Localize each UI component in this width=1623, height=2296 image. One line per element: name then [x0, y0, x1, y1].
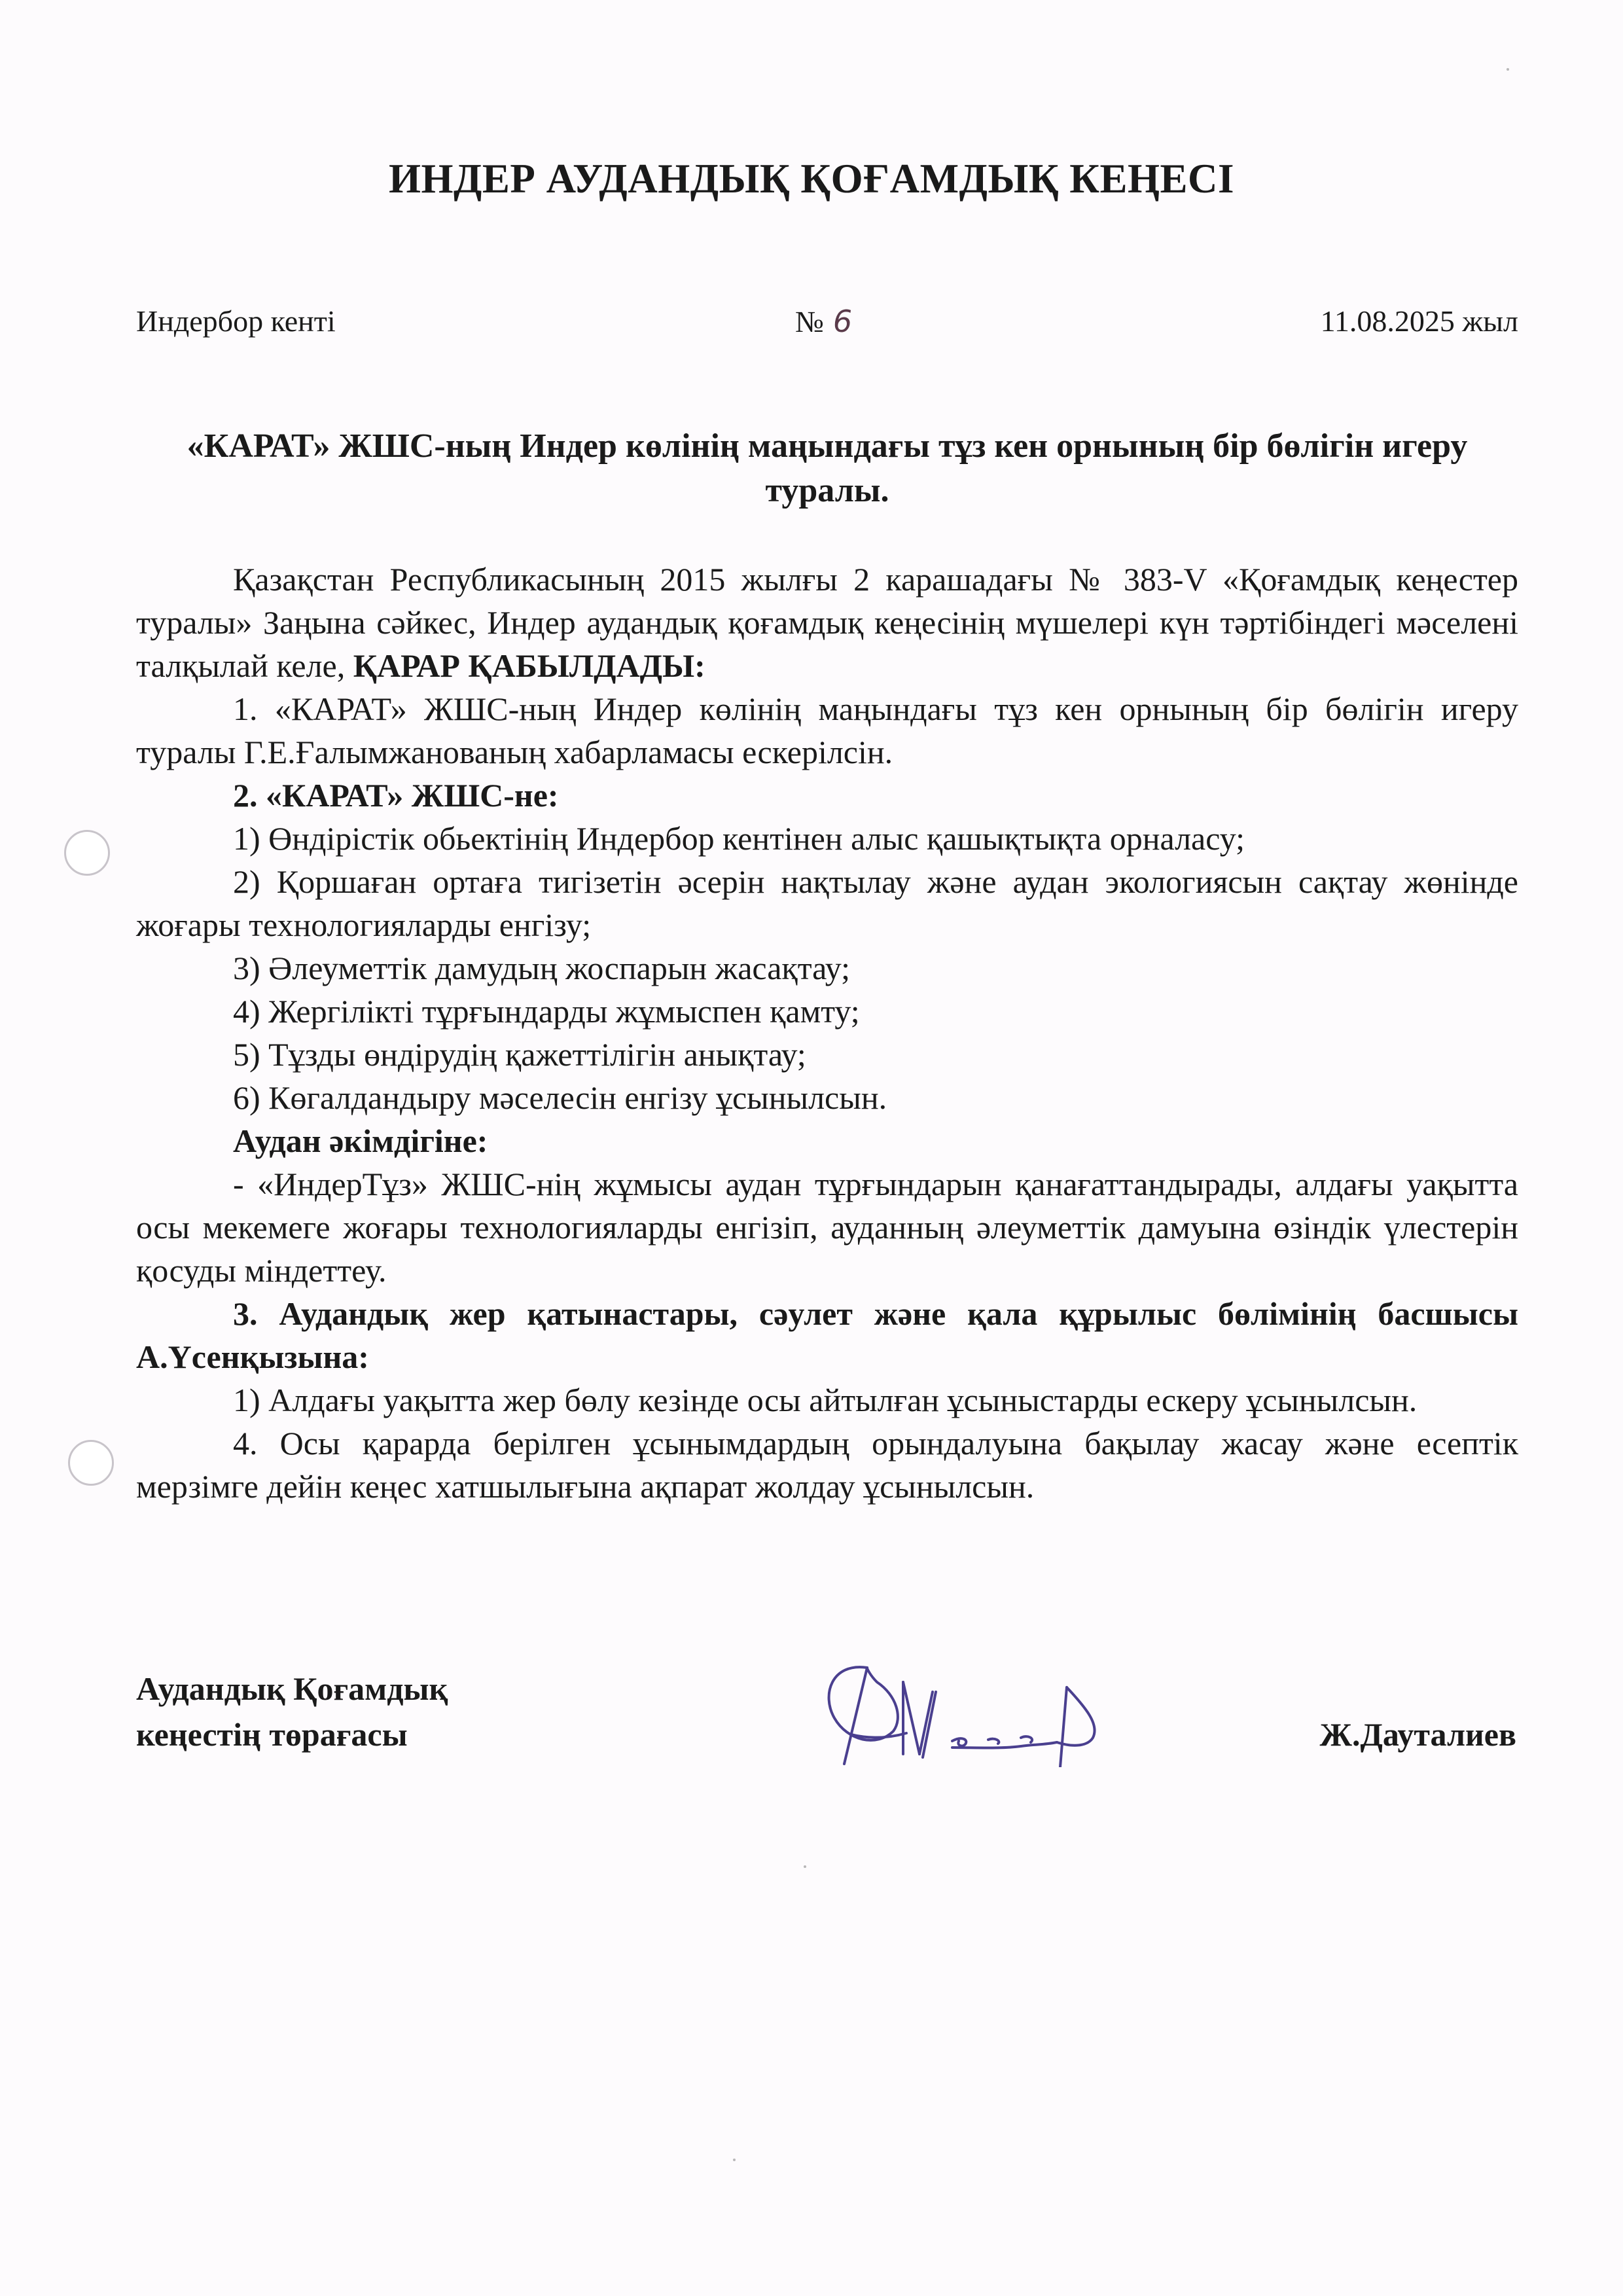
document-number: №6	[795, 306, 852, 337]
akimat-text: - «ИндерТұз» ЖШС-нің жұмысы аудан тұрғын…	[136, 1162, 1518, 1292]
item-2-subitem: 6) Көгалдандыру мәселесін енгізу ұсынылс…	[136, 1076, 1518, 1119]
signatory-name: Ж.Дауталиев	[1320, 1712, 1516, 1757]
item-3-heading: 3. Аудандық жер қатынастары, сәулет және…	[136, 1292, 1518, 1378]
item-2-subitem: 5) Тұзды өндірудің қажеттілігін анықтау;	[136, 1033, 1518, 1076]
item-2-heading: 2. «КАРАТ» ЖШС-не:	[136, 774, 1518, 817]
handwritten-number: 6	[833, 304, 852, 339]
item-2-subitem: 2) Қоршаған ортаға тигізетін әсерін нақт…	[136, 860, 1518, 946]
item-2-subitem: 1) Өндірістік обьектінің Индербор кентін…	[136, 817, 1518, 860]
item-1: 1. «КАРАТ» ЖШС-ның Индер көлінің маңында…	[136, 687, 1518, 774]
punch-hole-icon	[68, 1440, 114, 1486]
position-line-2: кеңестің төрағасы	[136, 1712, 448, 1757]
scan-speck	[733, 2159, 736, 2161]
position-line-1: Аудандық Қоғамдық	[136, 1666, 448, 1712]
signatory-position: Аудандық Қоғамдық кеңестің төрағасы	[136, 1666, 448, 1757]
scan-speck	[804, 1865, 806, 1868]
preamble-paragraph: Қазақстан Республикасының 2015 жылғы 2 к…	[136, 558, 1518, 687]
item-2-subitem: 3) Әлеуметтік дамудың жоспарын жасақтау;	[136, 946, 1518, 990]
item-3-subitem: 1) Алдағы уақытта жер бөлу кезінде осы а…	[136, 1378, 1518, 1422]
preamble-text: Қазақстан Республикасының 2015 жылғы 2 к…	[136, 561, 1518, 684]
item-2-subitem: 4) Жергілікті тұрғындарды жұмыспен қамту…	[136, 990, 1518, 1033]
handwritten-signature-icon	[805, 1656, 1106, 1767]
document-date: 11.08.2025 жыл	[1321, 306, 1518, 336]
resolution-label: ҚАРАР ҚАБЫЛДАДЫ:	[345, 647, 705, 684]
number-label: №	[795, 305, 824, 338]
place-label: Индербор кенті	[136, 306, 336, 336]
scan-speck	[1507, 68, 1509, 71]
punch-hole-icon	[64, 830, 110, 876]
akimat-heading: Аудан әкімдігіне:	[136, 1119, 1518, 1162]
organization-title: ИНДЕР АУДАНДЫҚ ҚОҒАМДЫҚ КЕҢЕСІ	[0, 158, 1623, 200]
document-title: «КАРАТ» ЖШС-ның Индер көлінің маңындағы …	[136, 424, 1518, 513]
item-4: 4. Осы қарарда берілген ұсынымдардың оры…	[136, 1422, 1518, 1508]
document-body: Қазақстан Республикасының 2015 жылғы 2 к…	[136, 558, 1518, 1508]
document-page: ИНДЕР АУДАНДЫҚ ҚОҒАМДЫҚ КЕҢЕСІ Индербор …	[0, 0, 1623, 2296]
